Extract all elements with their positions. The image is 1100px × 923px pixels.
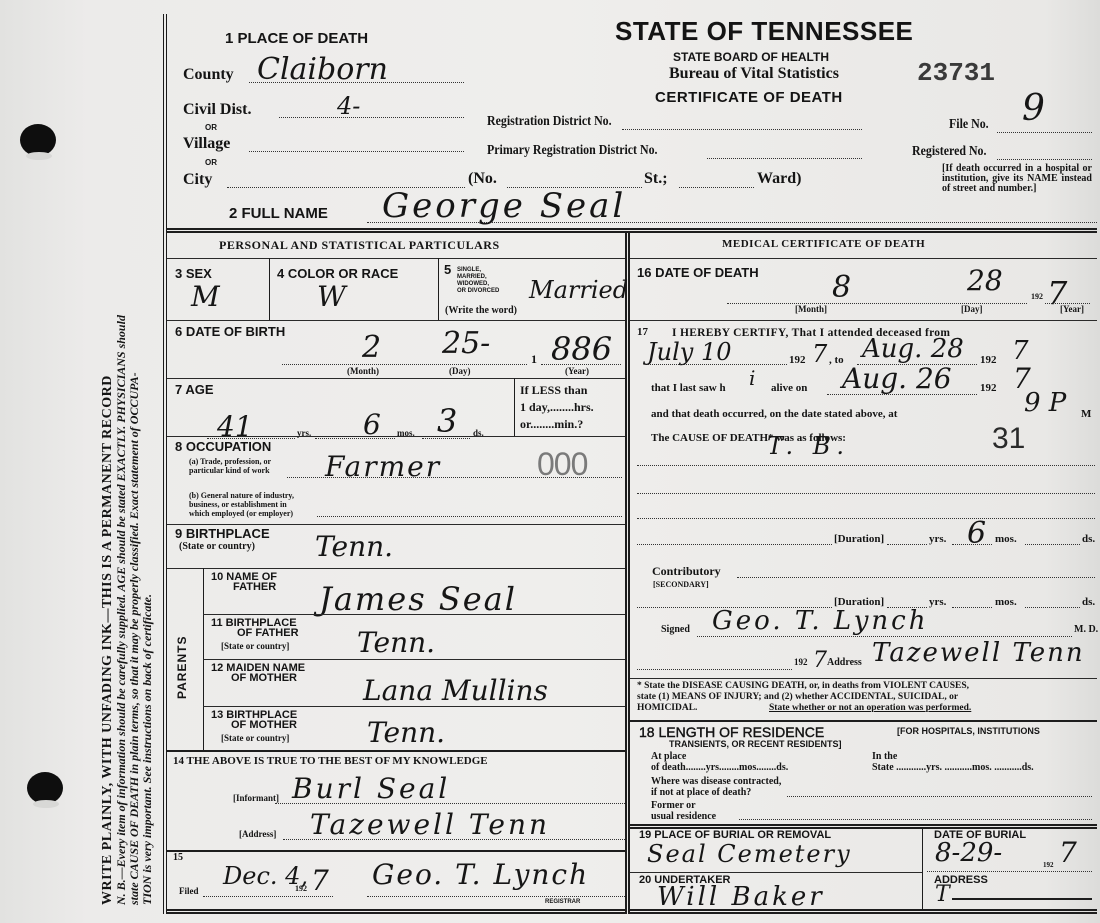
filed-year-field[interactable]: 7 xyxy=(311,864,329,897)
registered-no-label: Registered No. xyxy=(912,144,986,160)
hospital-note: [If death occurred in a hospital or inst… xyxy=(942,164,1092,194)
bureau-title: Bureau of Vital Statistics xyxy=(669,65,839,83)
place-of-death-label: 1 PLACE OF DEATH xyxy=(225,30,368,47)
county-field[interactable]: Claiborn xyxy=(257,52,388,87)
street-label: St.; xyxy=(644,170,668,188)
or-label: OR xyxy=(205,158,217,167)
registration-district-label: Registration District No. xyxy=(487,114,612,130)
residence-in-state: In the State ............yrs. ..........… xyxy=(872,751,1034,773)
dod-label: 16 DATE OF DEATH xyxy=(637,265,759,280)
contributory-mos-label: mos. xyxy=(995,596,1017,608)
signed-label: Signed xyxy=(661,624,690,635)
father-name-label: 10 NAME OF FATHER xyxy=(211,572,277,592)
marital-option-widowed: WIDOWED, xyxy=(457,281,499,288)
dod-year-prefix: 192 xyxy=(1031,292,1043,301)
dob-day-field[interactable]: 25- xyxy=(442,326,490,361)
registrar-label: REGISTRAR xyxy=(545,899,580,905)
residence-label: 18 LENGTH OF RESIDENCE xyxy=(639,724,824,740)
occupation-b-label: (b) General nature of industry, business… xyxy=(189,491,294,518)
mother-birthplace-line: OF MOTHER xyxy=(211,720,297,730)
time-of-death-field[interactable]: 9 P xyxy=(1024,388,1066,418)
informant-address-label: [Address] xyxy=(239,829,276,839)
attended-from-year-prefix: 192 xyxy=(789,354,806,366)
sex-field[interactable]: M xyxy=(191,280,220,313)
dod-month-field[interactable]: 8 xyxy=(832,270,851,305)
registrar-signature[interactable]: Geo. T. Lynch xyxy=(372,858,589,891)
occupation-field[interactable]: Farmer xyxy=(325,450,441,483)
margin-note: N. B.—Every item of information should b… xyxy=(115,315,154,905)
dod-day-caption: [Day] xyxy=(961,304,983,314)
informant-address-field[interactable]: Tazewell Tenn xyxy=(310,808,550,841)
punch-hole xyxy=(20,124,56,156)
race-label: 4 COLOR OR RACE xyxy=(277,266,398,281)
less-line: or........min.? xyxy=(520,416,594,433)
duration-yrs-label: yrs. xyxy=(929,533,946,545)
death-certificate-form: 1 PLACE OF DEATH County Claiborn Civil D… xyxy=(163,14,1093,914)
full-name-label: 2 FULL NAME xyxy=(229,205,328,222)
burial-place-field[interactable]: Seal Cemetery xyxy=(647,840,852,868)
alive-on-label: alive on xyxy=(771,382,807,394)
mother-name-field[interactable]: Lana Mullins xyxy=(363,674,548,707)
board-of-health: STATE BOARD OF HEALTH xyxy=(673,50,829,64)
dod-year-caption: [Year] xyxy=(1060,304,1084,314)
ward-label: Ward) xyxy=(757,170,801,188)
mother-birthplace-label: 13 BIRTHPLACE OF MOTHER xyxy=(211,710,297,730)
residence-at-place: At place of death........yrs........mos.… xyxy=(651,751,788,773)
duration-mos-label: mos. xyxy=(995,533,1017,545)
cause-footnote: * State the DISEASE CAUSING DEATH, or, i… xyxy=(637,681,969,714)
birthplace-hint: (State or country) xyxy=(179,541,255,552)
former-residence-label: Former or usual residence xyxy=(651,800,716,822)
father-birthplace-label: 11 BIRTHPLACE OF FATHER xyxy=(211,618,299,638)
informant-label: [Informant] xyxy=(233,793,279,803)
mother-name-line: OF MOTHER xyxy=(211,673,305,683)
residence-at-place-line: At place xyxy=(651,751,788,762)
sign-year-prefix: 192 xyxy=(794,657,808,667)
residence-hint-2: TRANSIENTS, OR RECENT RESIDENTS] xyxy=(669,739,842,749)
less-than-day-note: If LESS than 1 day,........hrs. or......… xyxy=(520,382,594,433)
primary-registration-label: Primary Registration District No. xyxy=(487,143,658,159)
occupation-a-line: particular kind of work xyxy=(189,466,271,475)
occupation-code: 000 xyxy=(537,446,587,483)
birthplace-field[interactable]: Tenn. xyxy=(315,530,393,563)
death-occurred-label: and that death occurred, on the date sta… xyxy=(651,408,897,420)
father-name-field[interactable]: James Seal xyxy=(319,580,517,618)
birthplace-label: 9 BIRTHPLACE xyxy=(175,526,270,541)
mother-name-label: 12 MAIDEN NAME OF MOTHER xyxy=(211,663,305,683)
dod-month-caption: [Month] xyxy=(795,304,827,314)
undertaker-address-field[interactable]: T xyxy=(935,882,950,907)
attended-to-year-prefix: 192 xyxy=(980,354,997,366)
age-days-field[interactable]: 3 xyxy=(437,402,457,440)
footnote-line: state (1) MEANS OF INJURY; and (2) wheth… xyxy=(637,692,969,703)
city-label: City xyxy=(183,171,212,189)
file-no-field[interactable]: 9 xyxy=(1022,88,1045,129)
residence-in-state-line: In the xyxy=(872,751,1034,762)
marital-option-married: MARRIED, xyxy=(457,274,499,281)
residence-in-state-line: State ............yrs. ...........mos. .… xyxy=(872,762,1034,773)
physician-address-field[interactable]: Tazewell Tenn xyxy=(872,638,1085,668)
dob-year-field[interactable]: 886 xyxy=(551,330,612,368)
contributory-ds-label: ds. xyxy=(1082,596,1095,608)
punch-hole xyxy=(27,772,63,804)
contributory-yrs-label: yrs. xyxy=(929,596,946,608)
md-label: M. D. xyxy=(1074,624,1098,635)
burial-date-field[interactable]: 8-29- xyxy=(935,838,1002,868)
marital-option-divorced: OR DIVORCED xyxy=(457,288,499,295)
year-caption: (Year) xyxy=(565,366,589,376)
occupation-a-label: (a) Trade, profession, or particular kin… xyxy=(189,457,271,475)
medical-section-title: MEDICAL CERTIFICATE OF DEATH xyxy=(722,238,925,250)
certificate-title: CERTIFICATE OF DEATH xyxy=(655,89,843,106)
dob-month-field[interactable]: 2 xyxy=(362,330,381,365)
occupation-label: 8 OCCUPATION xyxy=(175,439,271,454)
county-label: County xyxy=(183,66,234,84)
secondary-label: [SECONDARY] xyxy=(653,580,709,589)
marital-option-single: SINGLE, xyxy=(457,267,499,274)
father-name-line: FATHER xyxy=(211,582,277,592)
occupation-a-line: (a) Trade, profession, or xyxy=(189,457,271,466)
cause-of-death-field[interactable]: T. B. xyxy=(767,432,850,460)
father-birthplace-hint: [State or country] xyxy=(221,641,289,651)
margin-note-line: TION is very important. See instructions… xyxy=(141,315,154,905)
former-residence-line: usual residence xyxy=(651,811,716,822)
contracted-label: Where was disease contracted, if not at … xyxy=(651,776,781,798)
attended-to-field[interactable]: Aug. 28 xyxy=(862,334,964,364)
burial-year-field[interactable]: 7 xyxy=(1059,836,1077,869)
or-label: OR xyxy=(205,123,217,132)
sign-year-field[interactable]: 7 xyxy=(813,648,827,673)
duration-ds-label: ds. xyxy=(1082,533,1095,545)
duration-label: [Duration] xyxy=(834,533,884,545)
time-suffix: M xyxy=(1081,408,1091,420)
marital-status-field[interactable]: Married xyxy=(529,276,628,304)
parents-group-label: PARENTS xyxy=(175,636,189,699)
civil-dist-label: Civil Dist. xyxy=(183,101,251,119)
state-title: STATE OF TENNESSEE xyxy=(615,16,913,47)
marital-options: SINGLE, MARRIED, WIDOWED, OR DIVORCED xyxy=(457,267,499,295)
operation-note: State whether or not an operation was pe… xyxy=(769,703,971,714)
age-label: 7 AGE xyxy=(175,382,214,397)
filed-year-prefix: 192 xyxy=(295,884,307,893)
contracted-line: if not at place of death? xyxy=(651,787,781,798)
month-caption: (Month) xyxy=(347,366,379,376)
occupation-b-line: which employed (or employer) xyxy=(189,509,294,518)
footnote-line: * State the DISEASE CAUSING DEATH, or, i… xyxy=(637,681,969,692)
dob-label: 6 DATE OF BIRTH xyxy=(175,324,285,339)
full-name-field[interactable]: George Seal xyxy=(382,186,626,226)
filing-number: 15 xyxy=(173,852,183,863)
father-birthplace-line: OF FATHER xyxy=(211,628,299,638)
certificate-number: 23731 xyxy=(917,58,995,88)
former-residence-line: Former or xyxy=(651,800,716,811)
footnote-line: HOMICIDAL. xyxy=(637,703,697,713)
occupation-b-line: business, or establishment in xyxy=(189,500,294,509)
last-saw-pronoun-field[interactable]: i xyxy=(749,366,755,390)
sex-label: 3 SEX xyxy=(175,266,212,281)
informant-statement: 14 THE ABOVE IS TRUE TO THE BEST OF MY K… xyxy=(173,755,488,767)
undertaker-field[interactable]: Will Baker xyxy=(657,882,825,912)
duration-months-field[interactable]: 6 xyxy=(967,516,986,551)
contracted-line: Where was disease contracted, xyxy=(651,776,781,787)
certify-number: 17 xyxy=(637,326,648,338)
burial-year-prefix: 192 xyxy=(1043,861,1054,869)
marital-hint: (Write the word) xyxy=(445,305,517,316)
residence-at-place-line: of death........yrs........mos........ds… xyxy=(651,762,788,773)
contributory-label: Contributory xyxy=(652,564,721,579)
informant-field[interactable]: Burl Seal xyxy=(292,772,450,805)
last-saw-label: that I last saw h xyxy=(651,382,726,394)
father-birthplace-field[interactable]: Tenn. xyxy=(357,626,435,659)
last-saw-date-field[interactable]: Aug. 26 xyxy=(842,362,952,395)
less-line: If LESS than xyxy=(520,382,594,399)
race-field[interactable]: W xyxy=(317,280,346,313)
filed-label: Filed xyxy=(179,886,199,896)
last-saw-year-prefix: 192 xyxy=(980,382,997,394)
mother-birthplace-field[interactable]: Tenn. xyxy=(367,716,445,749)
physician-signature[interactable]: Geo. T. Lynch xyxy=(712,606,928,636)
occupation-b-line: (b) General nature of industry, xyxy=(189,491,294,500)
day-caption: (Day) xyxy=(449,366,471,376)
physician-address-label: Address xyxy=(827,657,862,668)
attended-from-field[interactable]: July 10 xyxy=(647,338,731,366)
personal-section-title: PERSONAL AND STATISTICAL PARTICULARS xyxy=(219,238,500,253)
dob-year-prefix: 1 xyxy=(531,352,537,367)
village-label: Village xyxy=(183,135,230,153)
attended-from-year-field[interactable]: 7 xyxy=(812,340,827,368)
dod-day-field[interactable]: 28 xyxy=(967,264,1003,297)
certificate-page: WRITE PLAINLY, WITH UNFADING INK—THIS IS… xyxy=(0,0,1100,923)
residence-hint-1: [FOR HOSPITALS, INSTITUTIONS xyxy=(897,726,1040,736)
marital-number: 5 xyxy=(444,262,451,277)
mother-birthplace-hint: [State or country] xyxy=(221,733,289,743)
civil-dist-field[interactable]: 4- xyxy=(337,92,360,120)
cause-code: 31 xyxy=(992,422,1025,456)
less-line: 1 day,........hrs. xyxy=(520,399,594,416)
file-no-label: File No. xyxy=(949,117,989,133)
